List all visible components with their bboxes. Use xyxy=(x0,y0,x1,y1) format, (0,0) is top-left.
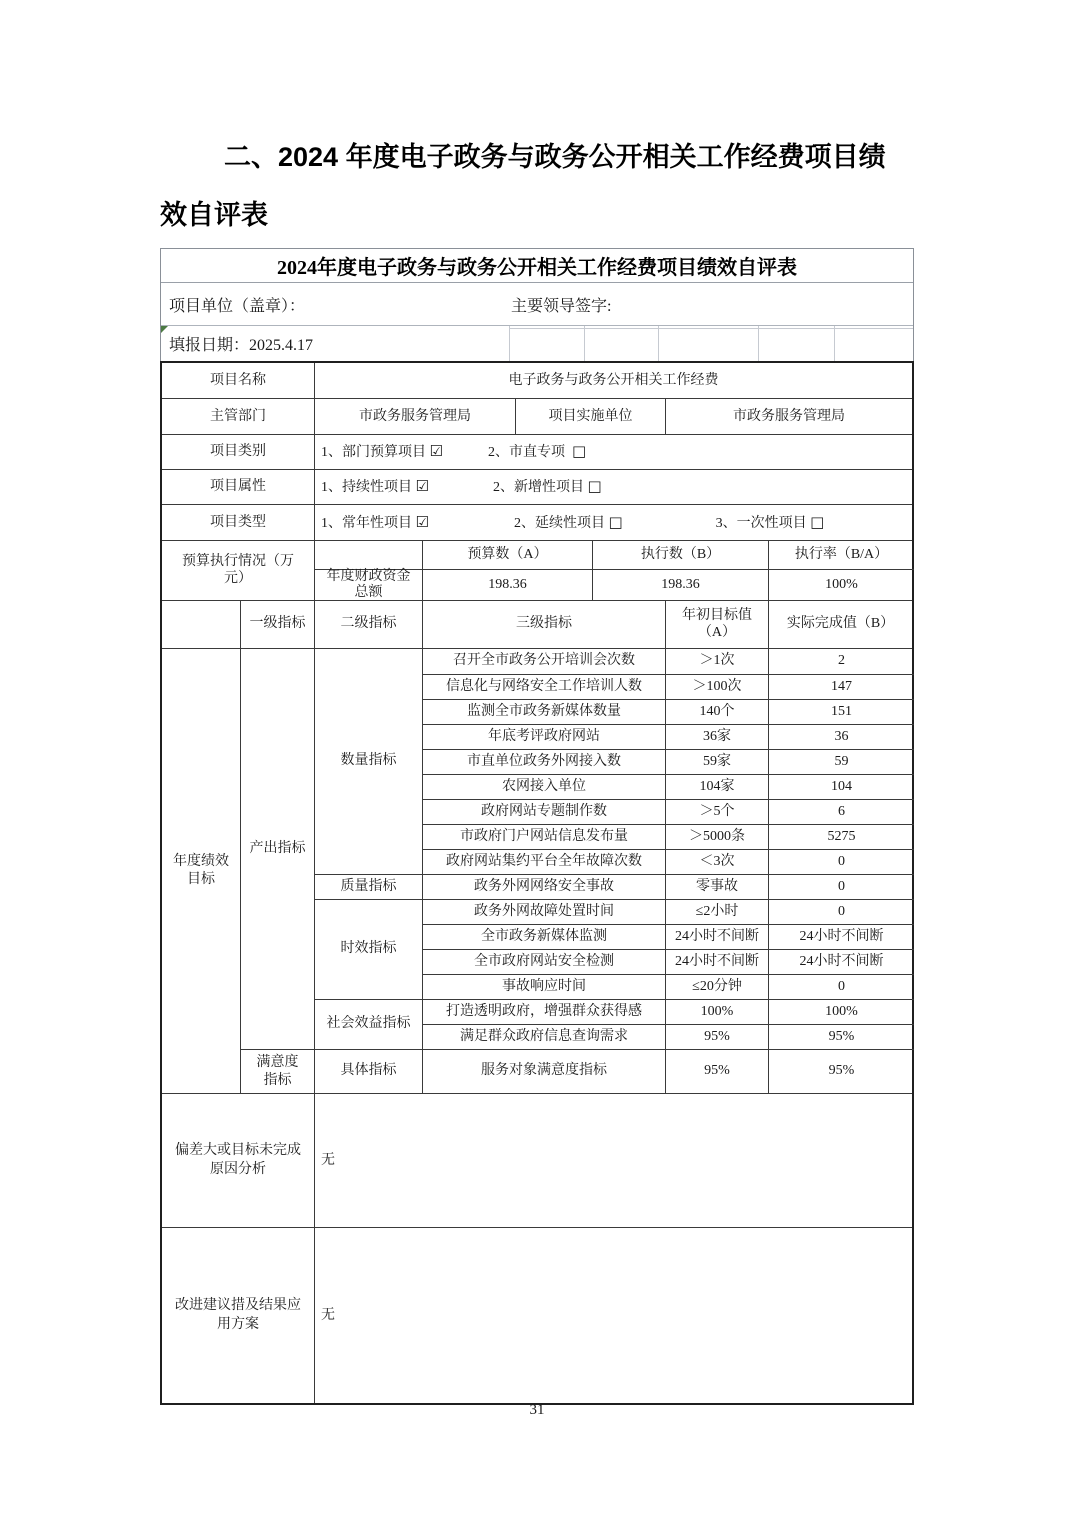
indicator-actual: 0 xyxy=(768,899,914,924)
project-category-row: 项目类别 1、部门预算项目 ☑ 2、市直专项 □ xyxy=(162,434,912,469)
improvement-plan-value: 无 xyxy=(314,1228,912,1403)
indicator-header-row: 一级指标 二级指标 三级指标 年初目标值（A） 实际完成值（B） xyxy=(162,600,912,648)
project-unit-label: 项目单位（盖章）： xyxy=(169,293,305,316)
document-heading: 二、2024 年度电子政务与政务公开相关工作经费项目绩 效自评表 xyxy=(160,128,930,244)
category-option: 1、部门预算项目 ☑ xyxy=(321,442,443,462)
deviation-analysis-label: 偏差大或目标未完成原因分析 xyxy=(162,1094,314,1227)
faint-gridline-v xyxy=(658,326,659,361)
budget-execution-section: 预算执行情况（万元） 预算数（A） 执行数（B） 执行率（B/A） 年度财政资金… xyxy=(162,540,912,600)
department-label: 主管部门 xyxy=(162,399,314,434)
implementing-unit-value: 市政务服务管理局 xyxy=(665,399,912,434)
unchecked-checkbox-icon: □ xyxy=(587,477,601,495)
execution-amount-value: 198.36 xyxy=(592,569,768,600)
indicator-target: 104家 xyxy=(665,774,768,799)
attribute-option: 1、持续性项目 ☑ xyxy=(321,477,429,497)
indicator-actual: 151 xyxy=(768,699,914,724)
indicator-actual: 6 xyxy=(768,799,914,824)
budget-amount-value: 198.36 xyxy=(422,569,592,600)
indicator-name: 年底考评政府网站 xyxy=(422,724,665,749)
indicator-actual: 95% xyxy=(768,1024,914,1049)
indicator-actual: 147 xyxy=(768,674,914,699)
indicator-actual: 24小时不间断 xyxy=(768,924,914,949)
project-attribute-row: 项目属性 1、持续性项目 ☑ 2、新增性项目 □ xyxy=(162,469,912,504)
indicator-actual: 59 xyxy=(768,749,914,774)
level2-quantity-label: 数量指标 xyxy=(314,649,422,874)
indicator-target: ＜3次 xyxy=(665,849,768,874)
indicator-name: 服务对象满意度指标 xyxy=(422,1049,665,1093)
indicator-actual: 0 xyxy=(768,974,914,999)
indicator-name: 全市政府网站安全检测 xyxy=(422,949,665,974)
heading-line2: 效自评表 xyxy=(160,186,930,244)
category-option: 2、市直专项 □ xyxy=(488,442,586,462)
checked-checkbox-icon: ☑ xyxy=(416,513,429,531)
indicator-name: 政府网站专题制作数 xyxy=(422,799,665,824)
leader-signature-label: 主要领导签字: xyxy=(511,293,611,316)
improvement-plan-label: 改进建议措及结果应用方案 xyxy=(162,1228,314,1403)
indicator-name: 打造透明政府，增强群众获得感 xyxy=(422,999,665,1024)
indicator-name: 事故响应时间 xyxy=(422,974,665,999)
unchecked-checkbox-icon: □ xyxy=(810,513,824,531)
level1-output-label: 产出指标 xyxy=(240,649,314,1049)
rate-col-header: 执行率（B/A） xyxy=(768,541,914,569)
indicator-name: 政务外网故障处置时间 xyxy=(422,899,665,924)
indicator-name: 农网接入单位 xyxy=(422,774,665,799)
deviation-analysis-row: 偏差大或目标未完成原因分析 无 xyxy=(162,1093,912,1227)
indicator-target: 140个 xyxy=(665,699,768,724)
page-number: 31 xyxy=(0,1402,1074,1419)
fill-date-row: 填报日期：2025.4.17 xyxy=(161,325,913,361)
self-evaluation-form: 2024年度电子政务与政务公开相关工作经费项目绩效自评表 项目单位（盖章）： 主… xyxy=(160,248,914,1405)
project-attribute-options: 1、持续性项目 ☑ 2、新增性项目 □ xyxy=(314,470,912,504)
faint-gridline-v xyxy=(758,326,759,361)
form-title: 2024年度电子政务与政务公开相关工作经费项目绩效自评表 xyxy=(161,249,913,282)
form-main-block: 项目名称 电子政务与政务公开相关工作经费 主管部门 市政务服务管理局 项目实施单… xyxy=(160,361,914,1405)
indicator-name: 全市政务新媒体监测 xyxy=(422,924,665,949)
faint-gridline-v xyxy=(834,326,835,361)
indicator-actual: 100% xyxy=(768,999,914,1024)
annual-funds-label: 年度财政资金总额 xyxy=(314,569,422,600)
level2-timeliness-label: 时效指标 xyxy=(314,899,422,999)
indicator-target: 95% xyxy=(665,1049,768,1093)
unchecked-checkbox-icon: □ xyxy=(608,513,622,531)
level1-header: 一级指标 xyxy=(240,601,314,648)
department-value: 市政务服务管理局 xyxy=(314,399,515,434)
level2-header: 二级指标 xyxy=(314,601,422,648)
project-attribute-label: 项目属性 xyxy=(162,470,314,504)
faint-gridline-v xyxy=(584,326,585,361)
indicator-target: 59家 xyxy=(665,749,768,774)
indicator-target: 95% xyxy=(665,1024,768,1049)
indicator-actual: 0 xyxy=(768,849,914,874)
target-header: 年初目标值（A） xyxy=(665,601,768,648)
indicator-actual: 104 xyxy=(768,774,914,799)
indicator-name: 政府网站集约平台全年故障次数 xyxy=(422,849,665,874)
level1-satisfaction-label: 满意度指标 xyxy=(240,1049,314,1093)
indicator-actual: 2 xyxy=(768,649,914,674)
project-category-options: 1、部门预算项目 ☑ 2、市直专项 □ xyxy=(314,435,912,469)
indicator-actual: 95% xyxy=(768,1049,914,1093)
implementing-unit-label: 项目实施单位 xyxy=(515,399,665,434)
project-type-options: 1、常年性项目 ☑ 2、延续性项目 □ 3、一次性项目 □ xyxy=(314,505,912,540)
indicator-name: 市政府门户网站信息发布量 xyxy=(422,824,665,849)
indicator-target: ＞5个 xyxy=(665,799,768,824)
budget-col-header: 预算数（A） xyxy=(422,541,592,569)
heading-line1: 二、2024 年度电子政务与政务公开相关工作经费项目绩 xyxy=(160,128,930,186)
indicator-actual: 36 xyxy=(768,724,914,749)
indicator-target: ＞5000条 xyxy=(665,824,768,849)
type-option: 3、一次性项目 □ xyxy=(716,513,825,533)
indicator-name: 信息化与网络安全工作培训人数 xyxy=(422,674,665,699)
level3-header: 三级指标 xyxy=(422,601,665,648)
indicator-actual: 0 xyxy=(768,874,914,899)
faint-gridline-h xyxy=(509,328,913,329)
project-type-row: 项目类型 1、常年性项目 ☑ 2、延续性项目 □ 3、一次性项目 □ xyxy=(162,504,912,540)
improvement-plan-row: 改进建议措及结果应用方案 无 xyxy=(162,1227,912,1403)
level2-quality-label: 质量指标 xyxy=(314,874,422,899)
indicator-name: 政务外网网络安全事故 xyxy=(422,874,665,899)
attribute-option: 2、新增性项目 □ xyxy=(493,477,602,497)
checked-checkbox-icon: ☑ xyxy=(430,442,443,460)
project-name-label: 项目名称 xyxy=(162,363,314,398)
project-type-label: 项目类型 xyxy=(162,505,314,540)
execution-rate-value: 100% xyxy=(768,569,914,600)
indicator-target: 24小时不间断 xyxy=(665,949,768,974)
indicator-name: 满足群众政府信息查询需求 xyxy=(422,1024,665,1049)
level2-specific-label: 具体指标 xyxy=(314,1049,422,1093)
indicator-grid: 年度绩效目标 产出指标 满意度指标 数量指标 质量指标 时效指标 社会效益指标 … xyxy=(162,648,912,1093)
indicator-actual: 5275 xyxy=(768,824,914,849)
indicator-target: 36家 xyxy=(665,724,768,749)
type-option: 1、常年性项目 ☑ xyxy=(321,513,429,533)
indicator-target: ＞1次 xyxy=(665,649,768,674)
department-row: 主管部门 市政务服务管理局 项目实施单位 市政务服务管理局 xyxy=(162,398,912,434)
indicator-actual: 24小时不间断 xyxy=(768,949,914,974)
budget-empty-cell xyxy=(314,541,422,569)
fill-date-label: 填报日期：2025.4.17 xyxy=(169,332,313,355)
indicator-name: 市直单位政务外网接入数 xyxy=(422,749,665,774)
indicator-target: 24小时不间断 xyxy=(665,924,768,949)
unit-signature-row: 项目单位（盖章）： 主要领导签字: xyxy=(161,282,913,325)
deviation-analysis-value: 无 xyxy=(314,1094,912,1227)
document-page: 二、2024 年度电子政务与政务公开相关工作经费项目绩 效自评表 2024年度电… xyxy=(0,0,1074,1520)
execution-col-header: 执行数（B） xyxy=(592,541,768,569)
project-name-row: 项目名称 电子政务与政务公开相关工作经费 xyxy=(162,363,912,398)
project-name-value: 电子政务与政务公开相关工作经费 xyxy=(314,363,912,398)
faint-gridline-v xyxy=(509,326,510,361)
actual-header: 实际完成值（B） xyxy=(768,601,912,648)
project-category-label: 项目类别 xyxy=(162,435,314,469)
level2-social-benefit-label: 社会效益指标 xyxy=(314,999,422,1049)
indicator-target: 100% xyxy=(665,999,768,1024)
form-top-block: 2024年度电子政务与政务公开相关工作经费项目绩效自评表 项目单位（盖章）： 主… xyxy=(160,248,914,361)
indicator-name: 监测全市政务新媒体数量 xyxy=(422,699,665,724)
budget-section-label: 预算执行情况（万元） xyxy=(162,541,314,600)
type-option: 2、延续性项目 □ xyxy=(514,513,623,533)
indicator-header-empty-cell xyxy=(162,601,240,648)
annual-performance-goal-label: 年度绩效目标 xyxy=(162,649,240,1093)
indicator-target: ≤2小时 xyxy=(665,899,768,924)
checked-checkbox-icon: ☑ xyxy=(416,477,429,495)
indicator-target: 零事故 xyxy=(665,874,768,899)
indicator-name: 召开全市政务公开培训会次数 xyxy=(422,649,665,674)
indicator-target: ＞100次 xyxy=(665,674,768,699)
cell-corner-marker xyxy=(161,326,168,333)
unchecked-checkbox-icon: □ xyxy=(572,442,586,460)
indicator-target: ≤20分钟 xyxy=(665,974,768,999)
